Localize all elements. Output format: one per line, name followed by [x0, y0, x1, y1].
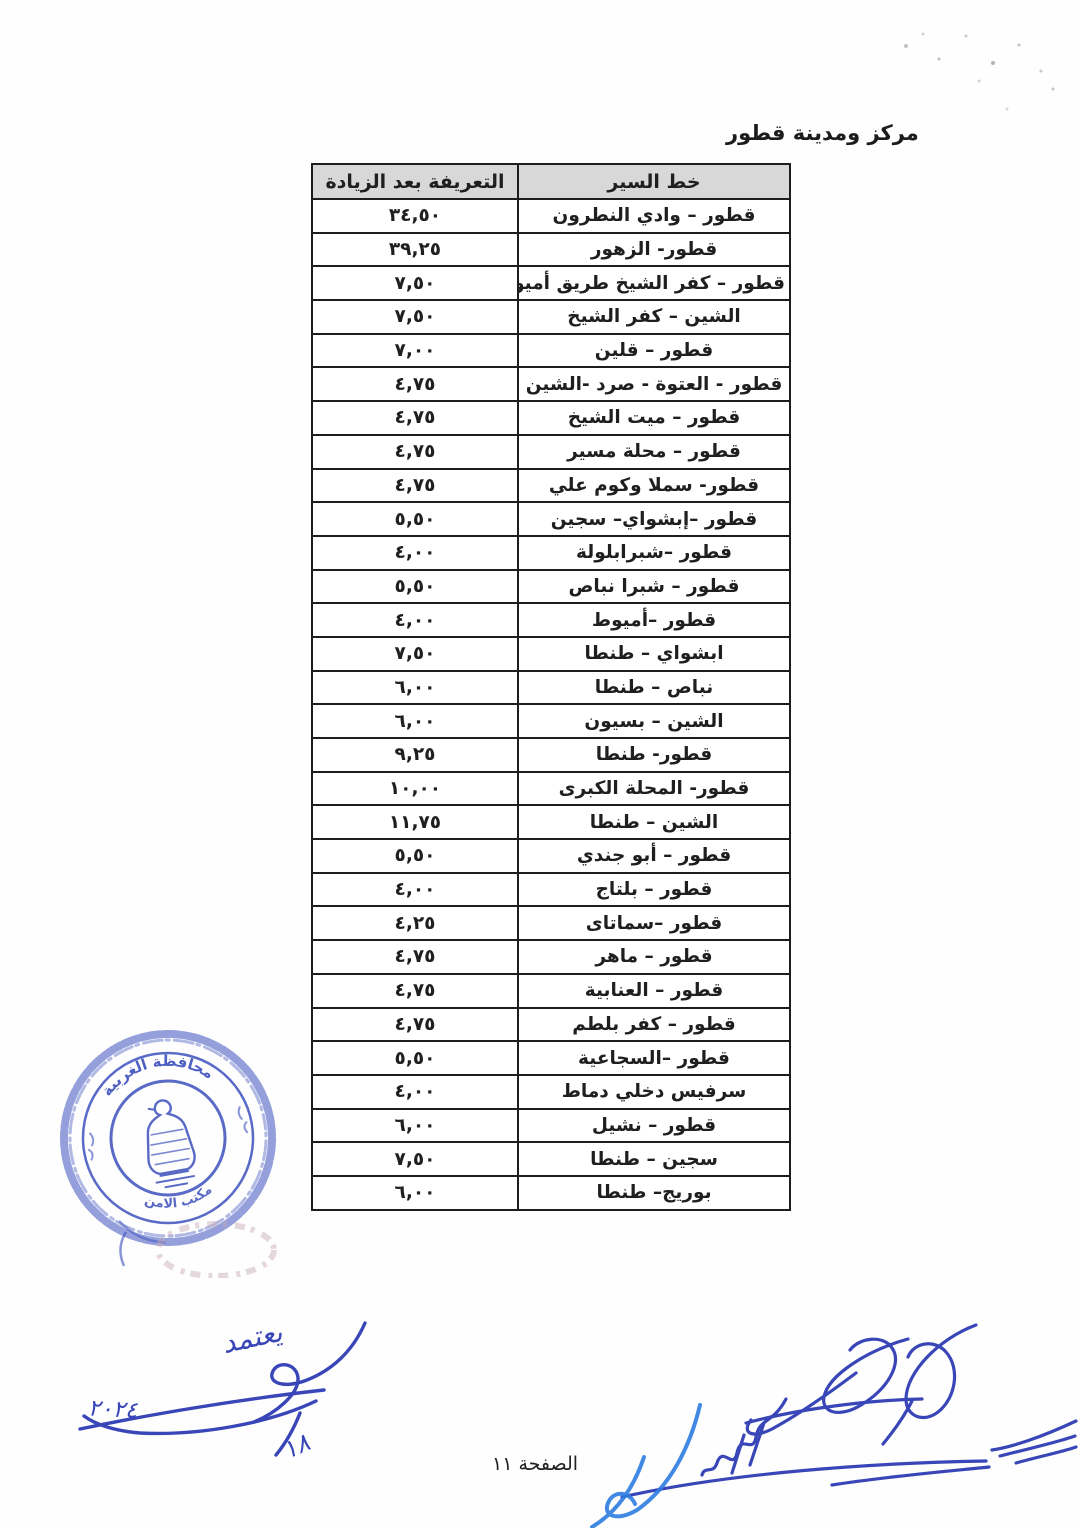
tariff-table: خط السير التعريفة بعد الزيادة قطور – واد… [311, 163, 791, 1211]
route-cell: بوريج– طنطا [518, 1176, 790, 1210]
fare-cell: ١١,٧٥ [312, 805, 518, 839]
fare-cell: ٧,٠٠ [312, 334, 518, 368]
tariff-table-body: قطور – وادي النطرون ٣٤,٥٠ قطور- الزهور ٣… [312, 199, 790, 1210]
scan-noise-specks [0, 0, 2, 2]
stamp-inner-circle [102, 1072, 234, 1204]
route-cell: قطور – كفر بلطم [518, 1008, 790, 1042]
fare-cell: ٤,٠٠ [312, 603, 518, 637]
table-row: قطور – قلين ٧,٠٠ [312, 334, 790, 368]
route-cell: قطور- المحلة الكبرى [518, 772, 790, 806]
route-cell: سجين – طنطا [518, 1142, 790, 1176]
fare-cell: ٣٩,٢٥ [312, 233, 518, 267]
signature-loop-tail [883, 1401, 912, 1444]
table-row: بوريج– طنطا ٦,٠٠ [312, 1176, 790, 1210]
route-cell: قطور – العنابية [518, 974, 790, 1008]
fare-cell: ١٠,٠٠ [312, 772, 518, 806]
scanned-document-page: مركز ومدينة قطور خط السير التعريفة بعد ا… [0, 0, 1080, 1528]
fare-cell: ٥,٥٠ [312, 502, 518, 536]
stamp-office-text: مكتب الامن [141, 1181, 217, 1217]
route-column-header: خط السير [518, 164, 790, 199]
fare-cell: ٥,٥٠ [312, 839, 518, 873]
fare-cell: ٦,٠٠ [312, 1109, 518, 1143]
route-cell: الشين – كفر الشيخ [518, 300, 790, 334]
fare-cell: ٣٤,٥٠ [312, 199, 518, 233]
table-row: ابشواي – طنطا ٧,٥٠ [312, 637, 790, 671]
route-cell: قطور –السجاعية [518, 1041, 790, 1075]
table-row: قطور- الزهور ٣٩,٢٥ [312, 233, 790, 267]
route-cell: قطور- الزهور [518, 233, 790, 267]
approved-handwriting: يعتمد [219, 1315, 285, 1360]
signature-loop-stroke [906, 1325, 976, 1418]
page-number: الصفحة ١١ [492, 1453, 578, 1475]
route-cell: قطور – ميت الشيخ [518, 401, 790, 435]
route-cell: نباص – طنطا [518, 671, 790, 705]
table-row: قطور – كفر بلطم ٤,٧٥ [312, 1008, 790, 1042]
route-cell: قطور – محلة مسير [518, 435, 790, 469]
fare-cell: ٤,٧٥ [312, 367, 518, 401]
route-cell: قطور – كفر الشيخ طريق أميوط [518, 266, 790, 300]
route-cell: سرفيس دخلي دماط [518, 1075, 790, 1109]
approval-signature-block: يعتمد ٢٠٢٤ ١٨ [60, 1295, 400, 1485]
route-cell: قطور –شبرابلولة [518, 536, 790, 570]
fare-cell: ٩,٢٥ [312, 738, 518, 772]
table-row: قطور – محلة مسير ٤,٧٥ [312, 435, 790, 469]
table-row: قطور – كفر الشيخ طريق أميوط ٧,٥٠ [312, 266, 790, 300]
fare-cell: ٤,٠٠ [312, 1075, 518, 1109]
fare-cell: ٤,٧٥ [312, 435, 518, 469]
route-cell: قطور –إبشواي– سجين [518, 502, 790, 536]
fare-cell: ٧,٥٠ [312, 1142, 518, 1176]
table-row: الشين – طنطا ١١,٧٥ [312, 805, 790, 839]
route-cell: قطور –أميوط [518, 603, 790, 637]
signature-long-line-2 [832, 1467, 989, 1485]
table-row: نباص – طنطا ٦,٠٠ [312, 671, 790, 705]
table-row: قطور –السجاعية ٥,٥٠ [312, 1041, 790, 1075]
fare-cell: ٦,٠٠ [312, 671, 518, 705]
table-row: قطور- طنطا ٩,٢٥ [312, 738, 790, 772]
route-cell: قطور –سماتاى [518, 906, 790, 940]
route-cell: قطور- سملا وكوم علي [518, 469, 790, 503]
header-row: خط السير التعريفة بعد الزيادة [312, 164, 790, 199]
fare-cell: ٤,٧٥ [312, 469, 518, 503]
fare-cell: ٤,٠٠ [312, 536, 518, 570]
fare-cell: ٥,٥٠ [312, 1041, 518, 1075]
fare-cell: ٥,٥٠ [312, 570, 518, 604]
official-stamp: محافظة الغربية مكتب الامن [48, 1016, 292, 1278]
tariff-table-header: خط السير التعريفة بعد الزيادة [312, 164, 790, 199]
fare-cell: ٦,٠٠ [312, 704, 518, 738]
route-cell: قطور – بلتاج [518, 873, 790, 907]
table-row: قطور – العنابية ٤,٧٥ [312, 974, 790, 1008]
table-row: قطور- سملا وكوم علي ٤,٧٥ [312, 469, 790, 503]
route-cell: الشين – بسيون [518, 704, 790, 738]
route-cell: الشين – طنطا [518, 805, 790, 839]
table-row: سرفيس دخلي دماط ٤,٠٠ [312, 1075, 790, 1109]
route-cell: قطور – وادي النطرون [518, 199, 790, 233]
table-row: قطور –أميوط ٤,٠٠ [312, 603, 790, 637]
route-cell: قطور – شبرا نباص [518, 570, 790, 604]
fare-cell: ٧,٥٠ [312, 266, 518, 300]
page-title: مركز ومدينة قطور [726, 121, 919, 145]
table-row: قطور – نشيل ٦,٠٠ [312, 1109, 790, 1143]
year-handwriting: ٢٠٢٤ [87, 1395, 138, 1424]
signature-hatch-mark [992, 1421, 1076, 1463]
fare-cell: ٤,٧٥ [312, 401, 518, 435]
table-row: قطور – ماهر ٤,٧٥ [312, 940, 790, 974]
route-cell: قطور- طنطا [518, 738, 790, 772]
table-row: قطور –سماتاى ٤,٢٥ [312, 906, 790, 940]
table-row: قطور – بلتاج ٤,٠٠ [312, 873, 790, 907]
table-row: قطور- المحلة الكبرى ١٠,٠٠ [312, 772, 790, 806]
table-row: قطور - العتوة - صرد -الشين ٤,٧٥ [312, 367, 790, 401]
route-cell: قطور – أبو جندي [518, 839, 790, 873]
table-row: قطور – ميت الشيخ ٤,٧٥ [312, 401, 790, 435]
number-handwriting: ١٨ [278, 1427, 314, 1464]
route-cell: قطور - العتوة - صرد -الشين [518, 367, 790, 401]
table-row: قطور – شبرا نباص ٥,٥٠ [312, 570, 790, 604]
signatures-cluster [440, 1305, 1080, 1528]
route-cell: ابشواي – طنطا [518, 637, 790, 671]
fare-cell: ٤,٧٥ [312, 940, 518, 974]
table-row: الشين – كفر الشيخ ٧,٥٠ [312, 300, 790, 334]
fare-cell: ٤,٢٥ [312, 906, 518, 940]
route-cell: قطور – نشيل [518, 1109, 790, 1143]
fare-cell: ٧,٥٠ [312, 300, 518, 334]
fare-cell: ٤,٠٠ [312, 873, 518, 907]
table-row: سجين – طنطا ٧,٥٠ [312, 1142, 790, 1176]
table-row: قطور – أبو جندي ٥,٥٠ [312, 839, 790, 873]
fare-cell: ٧,٥٠ [312, 637, 518, 671]
stamp-right-ornament [238, 1106, 248, 1133]
fare-cell: ٤,٧٥ [312, 1008, 518, 1042]
eagle-emblem-icon [139, 1097, 200, 1190]
stamp-left-ornament [86, 1133, 96, 1160]
table-row: قطور – وادي النطرون ٣٤,٥٠ [312, 199, 790, 233]
fare-column-header: التعريفة بعد الزيادة [312, 164, 518, 199]
table-row: الشين – بسيون ٦,٠٠ [312, 704, 790, 738]
route-cell: قطور – ماهر [518, 940, 790, 974]
fare-cell: ٤,٧٥ [312, 974, 518, 1008]
table-row: قطور –شبرابلولة ٤,٠٠ [312, 536, 790, 570]
fare-cell: ٦,٠٠ [312, 1176, 518, 1210]
table-row: قطور –إبشواي– سجين ٥,٥٠ [312, 502, 790, 536]
route-cell: قطور – قلين [518, 334, 790, 368]
